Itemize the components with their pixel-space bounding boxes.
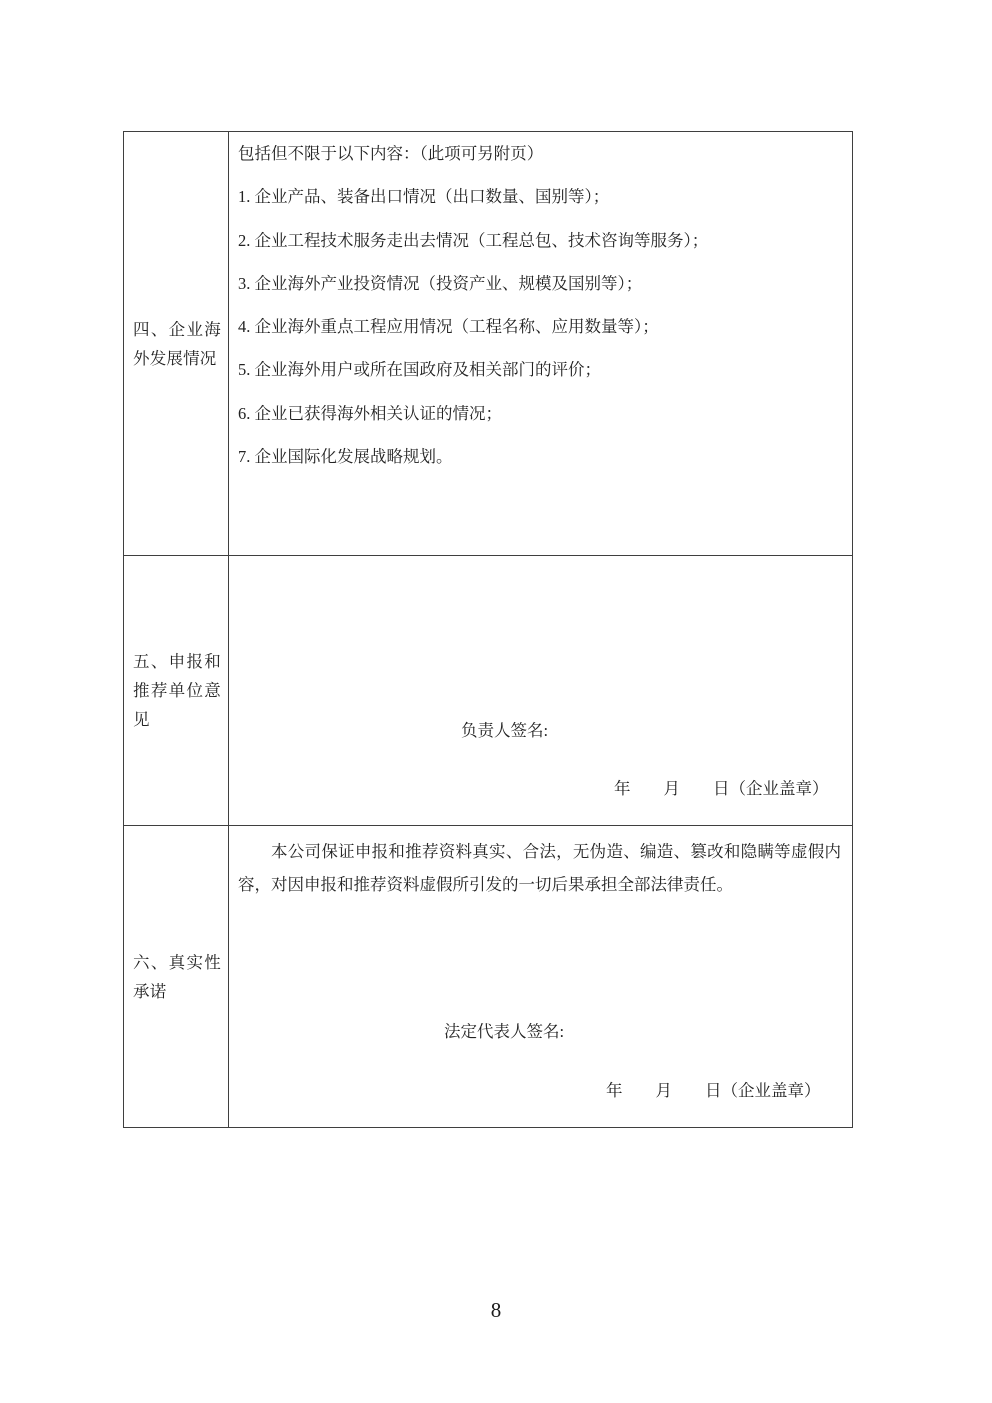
responsible-person-signature-label: 负责人签名: (461, 717, 548, 741)
content-line-item-3: 3. 企业海外产业投资情况（投资产业、规模及国别等）； (238, 262, 841, 305)
application-form-table: 四、企业海外发展情况 包括但不限于以下内容：（此项可另附页） 1. 企业产品、装… (123, 131, 853, 1128)
document-page: 四、企业海外发展情况 包括但不限于以下内容：（此项可另附页） 1. 企业产品、装… (0, 0, 992, 1403)
authenticity-commitment-content: 本公司保证申报和推荐资料真实、合法，无伪造、编造、篡改和隐瞒等虚假内容，对因申报… (229, 826, 852, 1127)
content-line-item-7: 7. 企业国际化发展战略规划。 (238, 435, 841, 478)
content-line-item-2: 2. 企业工程技术服务走出去情况（工程总包、技术咨询等服务）； (238, 219, 841, 262)
legal-representative-signature-label: 法定代表人签名: (444, 1018, 564, 1042)
row-label-overseas-development: 四、企业海外发展情况 (124, 132, 229, 555)
content-line-item-4: 4. 企业海外重点工程应用情况（工程名称、应用数量等）； (238, 305, 841, 348)
recommendation-opinion-content: 负责人签名: 年 月 日（企业盖章） (229, 556, 852, 825)
table-row-recommendation-opinion: 五、申报和推荐单位意见 负责人签名: 年 月 日（企业盖章） (124, 556, 852, 826)
overseas-development-content: 包括但不限于以下内容：（此项可另附页） 1. 企业产品、装备出口情况（出口数量、… (229, 132, 852, 555)
page-number: 8 (0, 1298, 992, 1323)
table-row-authenticity-commitment: 六、真实性承诺 本公司保证申报和推荐资料真实、合法，无伪造、编造、篡改和隐瞒等虚… (124, 826, 852, 1127)
row-label-recommendation-opinion: 五、申报和推荐单位意见 (124, 556, 229, 825)
content-line-item-1: 1. 企业产品、装备出口情况（出口数量、国别等）； (238, 175, 841, 218)
commitment-statement: 本公司保证申报和推荐资料真实、合法，无伪造、编造、篡改和隐瞒等虚假内容，对因申报… (238, 835, 841, 901)
date-company-seal-line: 年 月 日（企业盖章） (606, 1077, 821, 1101)
row-label-authenticity-commitment: 六、真实性承诺 (124, 826, 229, 1127)
table-row-overseas-development: 四、企业海外发展情况 包括但不限于以下内容：（此项可另附页） 1. 企业产品、装… (124, 132, 852, 556)
content-line-item-6: 6. 企业已获得海外相关认证的情况； (238, 392, 841, 435)
date-company-seal-line: 年 月 日（企业盖章） (614, 775, 829, 799)
content-line-item-5: 5. 企业海外用户或所在国政府及相关部门的评价； (238, 348, 841, 391)
content-line-intro: 包括但不限于以下内容：（此项可另附页） (238, 132, 841, 175)
